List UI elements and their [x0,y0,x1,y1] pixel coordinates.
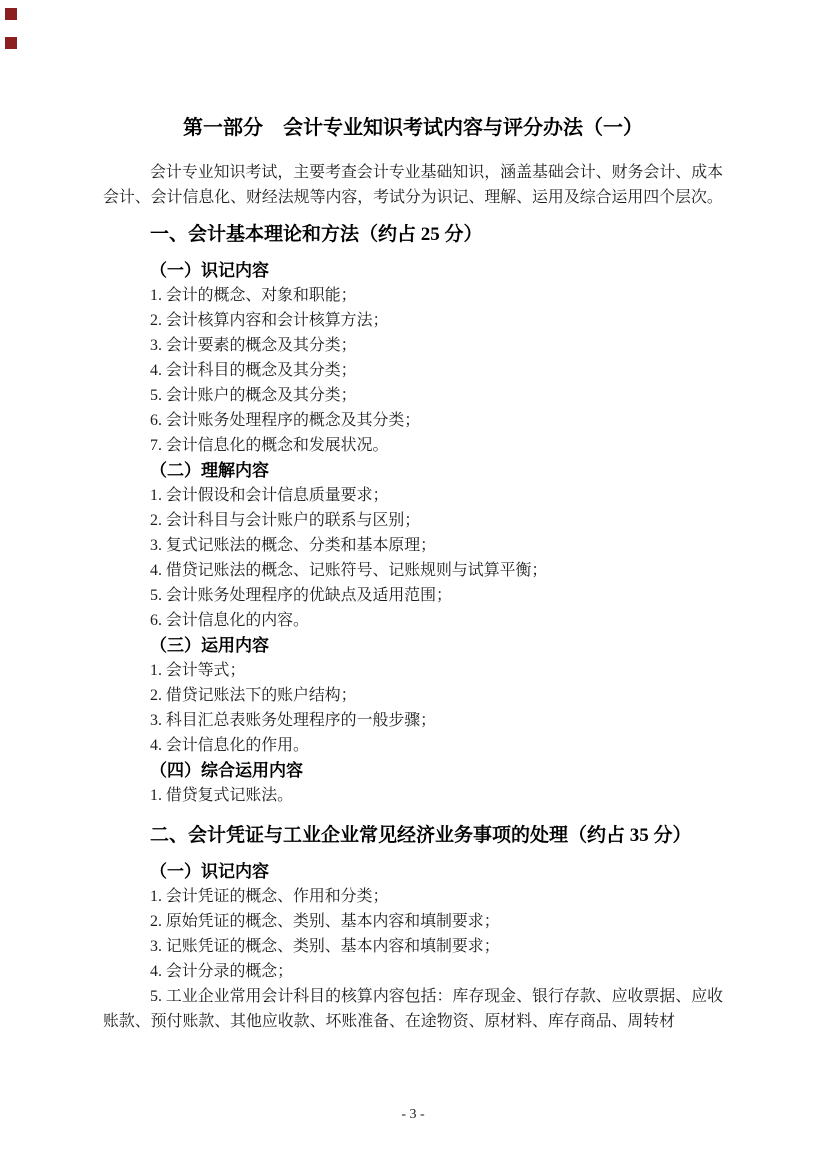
list-item: 1. 会计等式； [103,658,723,683]
list-item: 2. 会计核算内容和会计核算方法； [103,308,723,333]
corner-mark-top [5,8,17,20]
subsection-heading: （三）运用内容 [150,633,723,658]
subsection-heading: （四）综合运用内容 [150,758,723,783]
section-heading: 二、会计凭证与工业企业常见经济业务事项的处理（约占 35 分） [150,822,723,849]
document-page: 第一部分 会计专业知识考试内容与评分办法（一） 会计专业知识考试，主要考查会计专… [0,0,826,1169]
list-item: 1. 会计假设和会计信息质量要求； [103,483,723,508]
list-item: 2. 原始凭证的概念、类别、基本内容和填制要求； [103,909,723,934]
list-item: 3. 会计要素的概念及其分类； [103,333,723,358]
list-item: 1. 借贷复式记账法。 [103,783,723,808]
list-item: 4. 会计分录的概念； [103,959,723,984]
section: 一、会计基本理论和方法（约占 25 分）（一）识记内容1. 会计的概念、对象和职… [103,221,723,808]
list-item: 4. 会计信息化的作用。 [103,733,723,758]
list-item: 6. 会计信息化的内容。 [103,608,723,633]
list-item: 5. 工业企业常用会计科目的核算内容包括：库存现金、银行存款、应收票据、应收账款… [103,984,723,1034]
page-number: - 3 - [0,1105,826,1125]
list-item: 5. 会计账户的概念及其分类； [103,383,723,408]
list-item: 4. 借贷记账法的概念、记账符号、记账规则与试算平衡； [103,558,723,583]
list-item: 6. 会计账务处理程序的概念及其分类； [103,408,723,433]
page-content: 第一部分 会计专业知识考试内容与评分办法（一） 会计专业知识考试，主要考查会计专… [103,0,723,1034]
list-item: 3. 记账凭证的概念、类别、基本内容和填制要求； [103,934,723,959]
corner-mark-bottom [5,37,17,49]
sections: 一、会计基本理论和方法（约占 25 分）（一）识记内容1. 会计的概念、对象和职… [103,221,723,1034]
list-item: 4. 会计科目的概念及其分类； [103,358,723,383]
intro-paragraph: 会计专业知识考试，主要考查会计专业基础知识，涵盖基础会计、财务会计、成本会计、会… [103,160,723,210]
subsection-heading: （一）识记内容 [150,258,723,283]
list-item: 2. 会计科目与会计账户的联系与区别； [103,508,723,533]
list-item: 2. 借贷记账法下的账户结构； [103,683,723,708]
section-heading: 一、会计基本理论和方法（约占 25 分） [150,221,723,248]
page-title: 第一部分 会计专业知识考试内容与评分办法（一） [103,115,723,142]
list-item: 1. 会计凭证的概念、作用和分类； [103,884,723,909]
list-item: 7. 会计信息化的概念和发展状况。 [103,433,723,458]
list-item: 3. 科目汇总表账务处理程序的一般步骤； [103,708,723,733]
list-item: 1. 会计的概念、对象和职能； [103,283,723,308]
subsection-heading: （一）识记内容 [150,859,723,884]
list-item: 3. 复式记账法的概念、分类和基本原理； [103,533,723,558]
section: 二、会计凭证与工业企业常见经济业务事项的处理（约占 35 分）（一）识记内容1.… [103,822,723,1034]
subsection-heading: （二）理解内容 [150,458,723,483]
list-item: 5. 会计账务处理程序的优缺点及适用范围； [103,583,723,608]
